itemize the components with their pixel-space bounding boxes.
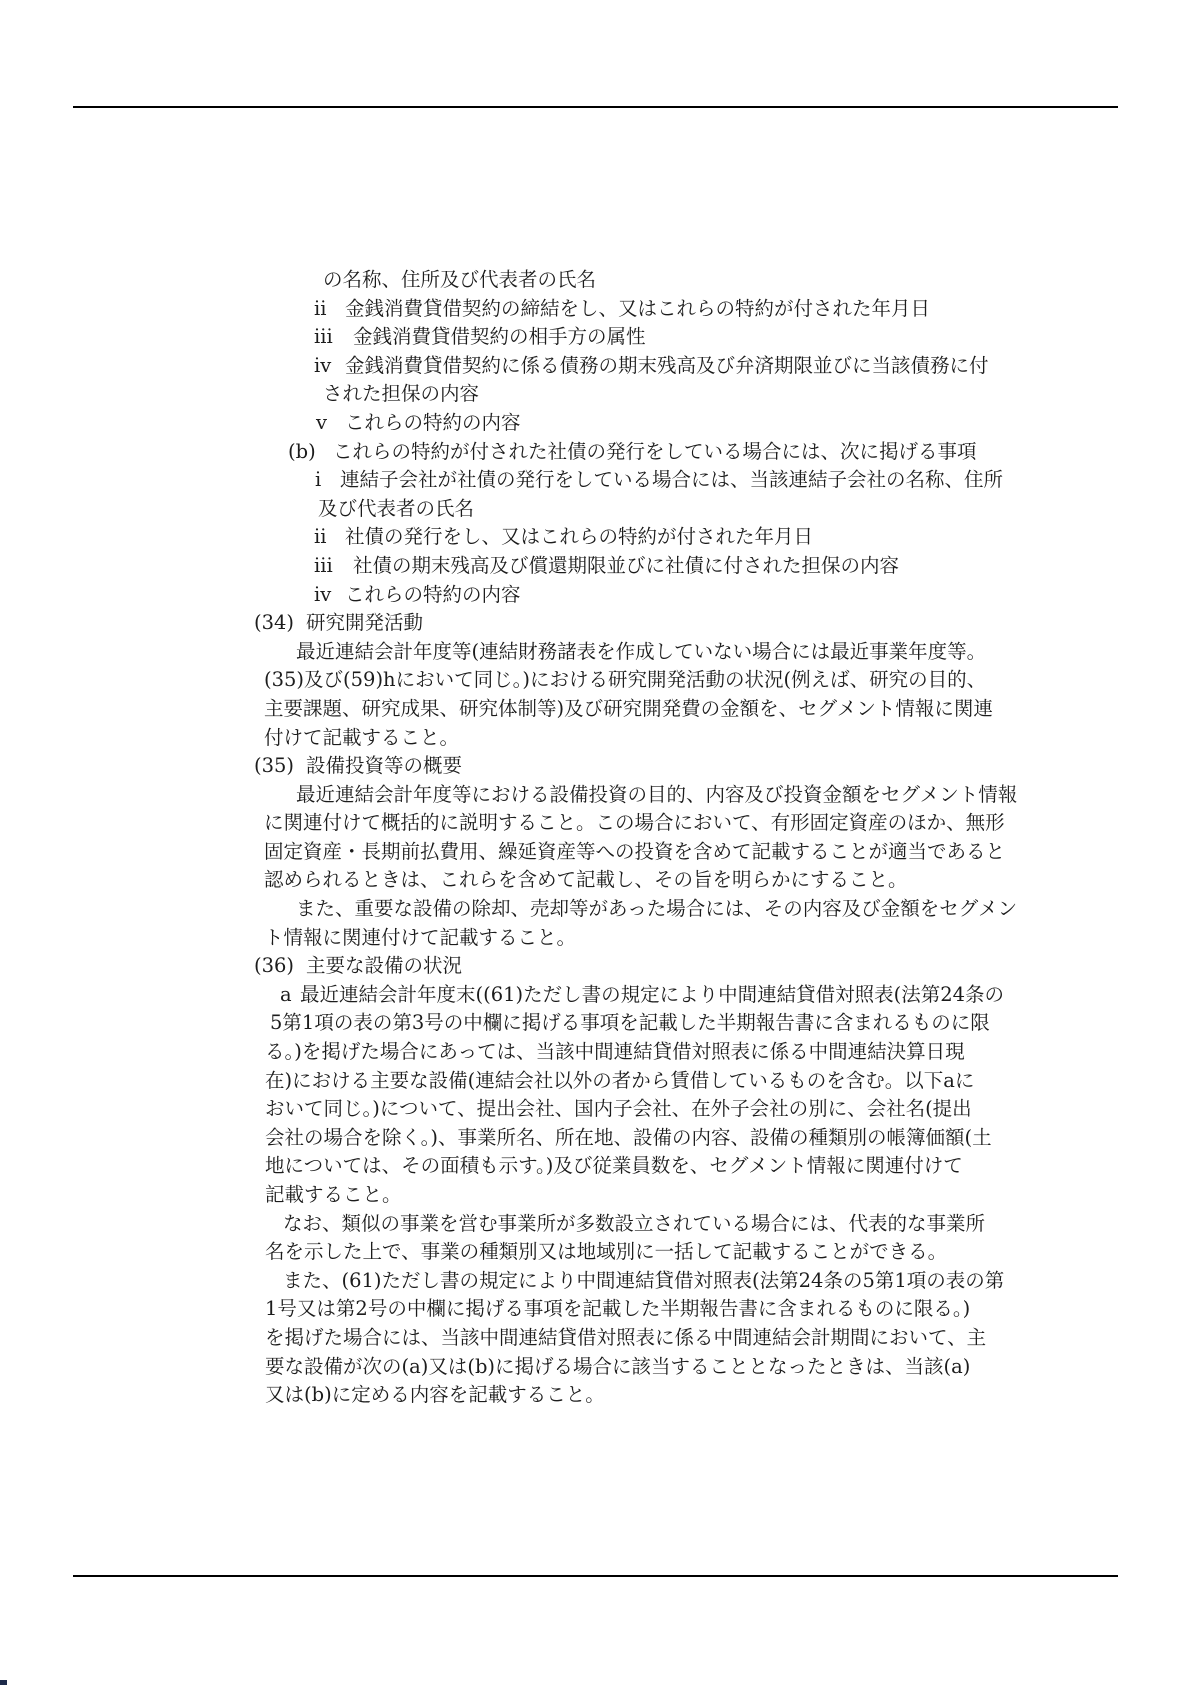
text-line: ト情報に関連付けて記載すること。 xyxy=(0,924,1192,953)
line-marker: v xyxy=(316,409,345,438)
line-text: 固定資産・長期前払費用、繰延資産等への投資を含めて記載することが適当であると xyxy=(264,840,1005,863)
text-line: また、(61)ただし書の規定により中間連結貸借対照表(法第24条の5第1項の表の… xyxy=(0,1267,1192,1296)
text-line: 5第1項の表の第3号の中欄に掲げる事項を記載した半期報告書に含まれるものに限 xyxy=(0,1009,1192,1038)
line-marker: iii xyxy=(314,552,353,581)
text-line: る。)を掲げた場合にあっては、当該中間連結貸借対照表に係る中間連結決算日現 xyxy=(0,1038,1192,1067)
text-line: ii金銭消費貸借契約の締結をし、又はこれらの特約が付された年月日 xyxy=(0,295,1192,324)
line-text: 要な設備が次の(a)又は(b)に掲げる場合に該当することとなったときは、当該(a… xyxy=(265,1355,970,1378)
line-text: おいて同じ。)について、提出会社、国内子会社、在外子会社の別に、会社名(提出 xyxy=(265,1097,972,1120)
line-text: ト情報に関連付けて記載すること。 xyxy=(264,926,576,949)
line-marker: i xyxy=(315,466,340,495)
text-line: 主要課題、研究成果、研究体制等)及び研究開発費の金額を、セグメント情報に関連 xyxy=(0,695,1192,724)
text-line: 最近連結会計年度等(連結財務諸表を作成していない場合には最近事業年度等。 xyxy=(0,638,1192,667)
text-line: ivこれらの特約の内容 xyxy=(0,581,1192,610)
line-marker: a xyxy=(280,981,300,1010)
text-line: を掲げた場合には、当該中間連結貸借対照表に係る中間連結会計期間において、主 xyxy=(0,1324,1192,1353)
line-text: 記載すること。 xyxy=(265,1183,402,1206)
header-rule xyxy=(73,106,1118,108)
text-line: 地については、その面積も示す。)及び従業員数を、セグメント情報に関連付けて xyxy=(0,1152,1192,1181)
line-text: (35)及び(59)hにおいて同じ。)における研究開発活動の状況(例えば、研究の… xyxy=(264,668,986,691)
text-line: また、重要な設備の除却、売却等があった場合には、その内容及び金額をセグメン xyxy=(0,895,1192,924)
text-line: (34)研究開発活動 xyxy=(0,609,1192,638)
line-text: 5第1項の表の第3号の中欄に掲げる事項を記載した半期報告書に含まれるものに限 xyxy=(270,1011,990,1034)
line-text: 1号又は第2号の中欄に掲げる事項を記載した半期報告書に含まれるものに限る。) xyxy=(265,1297,970,1320)
text-line: ii社債の発行をし、又はこれらの特約が付された年月日 xyxy=(0,523,1192,552)
line-text: また、重要な設備の除却、売却等があった場合には、その内容及び金額をセグメン xyxy=(296,897,1017,920)
text-line: (36)主要な設備の状況 xyxy=(0,952,1192,981)
text-line: 記載すること。 xyxy=(0,1181,1192,1210)
line-text: 在)における主要な設備(連結会社以外の者から賃借しているものを含む。以下aに xyxy=(265,1069,974,1092)
line-text: る。)を掲げた場合にあっては、当該中間連結貸借対照表に係る中間連結決算日現 xyxy=(265,1040,965,1063)
line-text: 地については、その面積も示す。)及び従業員数を、セグメント情報に関連付けて xyxy=(265,1154,963,1177)
text-line: 最近連結会計年度等における設備投資の目的、内容及び投資金額をセグメント情報 xyxy=(0,781,1192,810)
text-line: i連結子会社が社債の発行をしている場合には、当該連結子会社の名称、住所 xyxy=(0,466,1192,495)
line-text: 認められるときは、これらを含めて記載し、その旨を明らかにすること。 xyxy=(264,868,908,891)
text-line: 固定資産・長期前払費用、繰延資産等への投資を含めて記載することが適当であると xyxy=(0,838,1192,867)
text-line: 要な設備が次の(a)又は(b)に掲げる場合に該当することとなったときは、当該(a… xyxy=(0,1353,1192,1382)
line-text: これらの特約が付された社債の発行をしている場合には、次に掲げる事項 xyxy=(333,440,977,463)
text-line: 名を示した上で、事業の種類別又は地域別に一括して記載することができる。 xyxy=(0,1238,1192,1267)
line-marker: ii xyxy=(314,295,345,324)
document-page: の名称、住所及び代表者の氏名ii金銭消費貸借契約の締結をし、又はこれらの特約が付… xyxy=(0,0,1192,1685)
text-line: 認められるときは、これらを含めて記載し、その旨を明らかにすること。 xyxy=(0,866,1192,895)
text-line: 又は(b)に定める内容を記載すること。 xyxy=(0,1381,1192,1410)
footer-rule xyxy=(73,1575,1118,1577)
text-line: された担保の内容 xyxy=(0,380,1192,409)
text-line: 1号又は第2号の中欄に掲げる事項を記載した半期報告書に含まれるものに限る。) xyxy=(0,1295,1192,1324)
text-line: (b)これらの特約が付された社債の発行をしている場合には、次に掲げる事項 xyxy=(0,438,1192,467)
line-text: これらの特約の内容 xyxy=(345,411,521,434)
line-text: また、(61)ただし書の規定により中間連結貸借対照表(法第24条の5第1項の表の… xyxy=(283,1269,1004,1292)
line-text: された担保の内容 xyxy=(323,382,479,405)
text-line: なお、類似の事業を営む事業所が多数設立されている場合には、代表的な事業所 xyxy=(0,1210,1192,1239)
scan-edge-artifact xyxy=(0,1680,7,1685)
line-text: 名を示した上で、事業の種類別又は地域別に一括して記載することができる。 xyxy=(265,1240,947,1263)
line-marker: (b) xyxy=(288,438,333,467)
text-line: 及び代表者の氏名 xyxy=(0,495,1192,524)
document-text-block: の名称、住所及び代表者の氏名ii金銭消費貸借契約の締結をし、又はこれらの特約が付… xyxy=(0,266,1192,1410)
text-line: (35)設備投資等の概要 xyxy=(0,752,1192,781)
line-text: 会社の場合を除く。)、事業所名、所在地、設備の内容、設備の種類別の帳簿価額(土 xyxy=(265,1126,992,1149)
line-text: なお、類似の事業を営む事業所が多数設立されている場合には、代表的な事業所 xyxy=(283,1212,985,1235)
text-line: 在)における主要な設備(連結会社以外の者から賃借しているものを含む。以下aに xyxy=(0,1067,1192,1096)
line-text: 最近連結会計年度等における設備投資の目的、内容及び投資金額をセグメント情報 xyxy=(296,783,1017,806)
line-text: 金銭消費貸借契約に係る債務の期末残高及び弁済期限並びに当該債務に付 xyxy=(345,354,989,377)
text-line: (35)及び(59)hにおいて同じ。)における研究開発活動の状況(例えば、研究の… xyxy=(0,666,1192,695)
line-text: 研究開発活動 xyxy=(306,611,423,634)
line-text: 社債の期末残高及び償還期限並びに社債に付された担保の内容 xyxy=(353,554,899,577)
line-marker: ii xyxy=(314,523,345,552)
line-text: 主要な設備の状況 xyxy=(306,954,462,977)
line-text: 又は(b)に定める内容を記載すること。 xyxy=(265,1383,605,1406)
line-text: 金銭消費貸借契約の締結をし、又はこれらの特約が付された年月日 xyxy=(345,297,930,320)
line-text: 及び代表者の氏名 xyxy=(318,497,474,520)
text-line: 付けて記載すること。 xyxy=(0,724,1192,753)
line-marker: iv xyxy=(314,352,345,381)
text-line: 会社の場合を除く。)、事業所名、所在地、設備の内容、設備の種類別の帳簿価額(土 xyxy=(0,1124,1192,1153)
line-marker: (36) xyxy=(254,952,306,981)
line-text: 連結子会社が社債の発行をしている場合には、当該連結子会社の名称、住所 xyxy=(340,468,1003,491)
line-text: 金銭消費貸借契約の相手方の属性 xyxy=(353,325,646,348)
text-line: iii社債の期末残高及び償還期限並びに社債に付された担保の内容 xyxy=(0,552,1192,581)
line-text: これらの特約の内容 xyxy=(345,583,521,606)
line-text: に関連付けて概括的に説明すること。この場合において、有形固定資産のほか、無形 xyxy=(264,811,1005,834)
text-line: a最近連結会計年度末((61)ただし書の規定により中間連結貸借対照表(法第24条… xyxy=(0,981,1192,1010)
line-text: 付けて記載すること。 xyxy=(264,726,459,749)
line-text: の名称、住所及び代表者の氏名 xyxy=(323,268,596,291)
line-text: 設備投資等の概要 xyxy=(306,754,462,777)
line-text: 最近連結会計年度末((61)ただし書の規定により中間連結貸借対照表(法第24条の xyxy=(300,983,1004,1006)
line-text: 社債の発行をし、又はこれらの特約が付された年月日 xyxy=(345,525,813,548)
line-marker: (34) xyxy=(254,609,306,638)
line-text: を掲げた場合には、当該中間連結貸借対照表に係る中間連結会計期間において、主 xyxy=(265,1326,986,1349)
text-line: vこれらの特約の内容 xyxy=(0,409,1192,438)
text-line: に関連付けて概括的に説明すること。この場合において、有形固定資産のほか、無形 xyxy=(0,809,1192,838)
text-line: おいて同じ。)について、提出会社、国内子会社、在外子会社の別に、会社名(提出 xyxy=(0,1095,1192,1124)
line-marker: iv xyxy=(314,581,345,610)
text-line: iv金銭消費貸借契約に係る債務の期末残高及び弁済期限並びに当該債務に付 xyxy=(0,352,1192,381)
line-text: 最近連結会計年度等(連結財務諸表を作成していない場合には最近事業年度等。 xyxy=(296,640,986,663)
text-line: iii金銭消費貸借契約の相手方の属性 xyxy=(0,323,1192,352)
line-text: 主要課題、研究成果、研究体制等)及び研究開発費の金額を、セグメント情報に関連 xyxy=(264,697,993,720)
text-line: の名称、住所及び代表者の氏名 xyxy=(0,266,1192,295)
line-marker: iii xyxy=(314,323,353,352)
line-marker: (35) xyxy=(254,752,306,781)
